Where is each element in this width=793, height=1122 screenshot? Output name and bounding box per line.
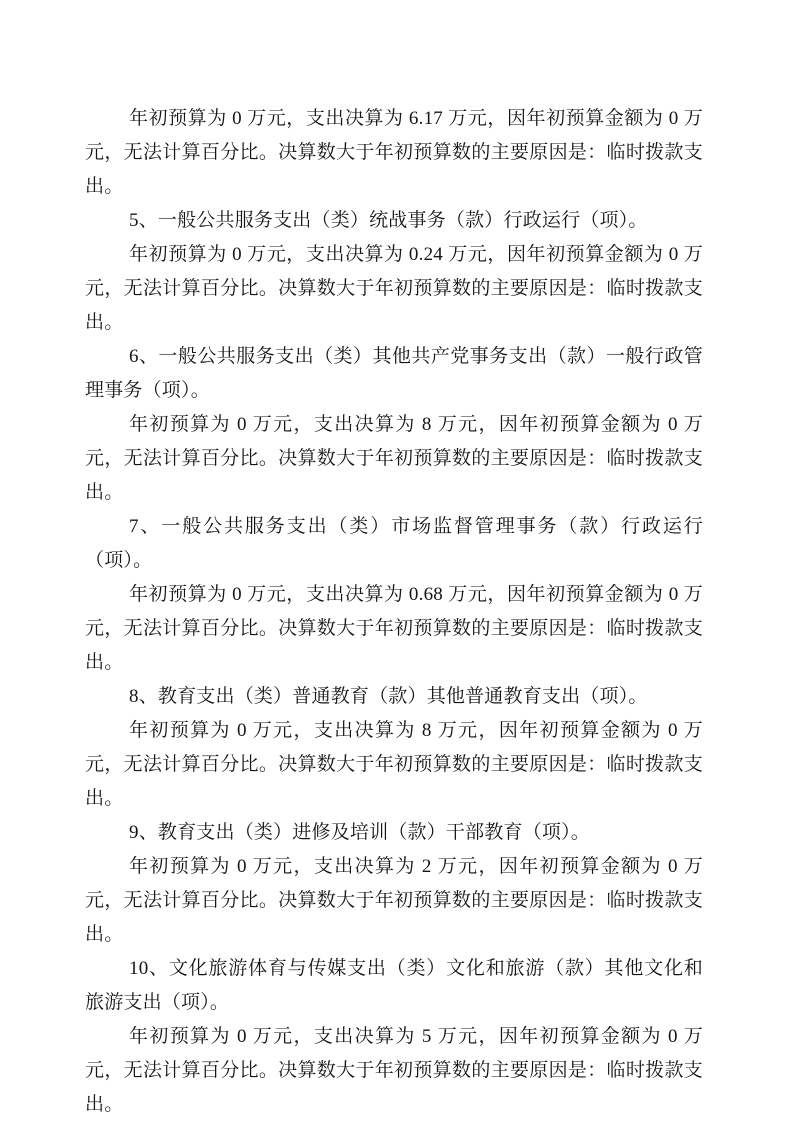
paragraph-8-heading: 8、教育支出（类）普通教育（款）其他普通教育支出（项）。	[85, 680, 703, 714]
paragraph-5-body: 年初预算为 0 万元，支出决算为 8 万元，因年初预算金额为 0 万元，无法计算…	[85, 408, 703, 510]
paragraph-9-body: 年初预算为 0 万元，支出决算为 8 万元，因年初预算金额为 0 万元，无法计算…	[85, 714, 703, 816]
paragraph-3-body: 年初预算为 0 万元，支出决算为 0.24 万元，因年初预算金额为 0 万元，无…	[85, 238, 703, 340]
paragraph-13-body: 年初预算为 0 万元，支出决算为 5 万元，因年初预算金额为 0 万元，无法计算…	[85, 1020, 703, 1122]
paragraph-1-body: 年初预算为 0 万元，支出决算为 6.17 万元，因年初预算金额为 0 万元，无…	[85, 102, 703, 204]
paragraph-10-heading: 9、教育支出（类）进修及培训（款）干部教育（项）。	[85, 816, 703, 850]
document-body: 年初预算为 0 万元，支出决算为 6.17 万元，因年初预算金额为 0 万元，无…	[85, 102, 703, 1122]
paragraph-2-heading: 5、一般公共服务支出（类）统战事务（款）行政运行（项）。	[85, 204, 703, 238]
document-page: 年初预算为 0 万元，支出决算为 6.17 万元，因年初预算金额为 0 万元，无…	[0, 0, 793, 1122]
paragraph-6-heading: 7、一般公共服务支出（类）市场监督管理事务（款）行政运行（项）。	[85, 510, 703, 578]
paragraph-4-heading: 6、一般公共服务支出（类）其他共产党事务支出（款）一般行政管理事务（项）。	[85, 340, 703, 408]
paragraph-7-body: 年初预算为 0 万元，支出决算为 0.68 万元，因年初预算金额为 0 万元，无…	[85, 578, 703, 680]
paragraph-12-heading: 10、文化旅游体育与传媒支出（类）文化和旅游（款）其他文化和旅游支出（项）。	[85, 952, 703, 1020]
paragraph-11-body: 年初预算为 0 万元，支出决算为 2 万元，因年初预算金额为 0 万元，无法计算…	[85, 850, 703, 952]
